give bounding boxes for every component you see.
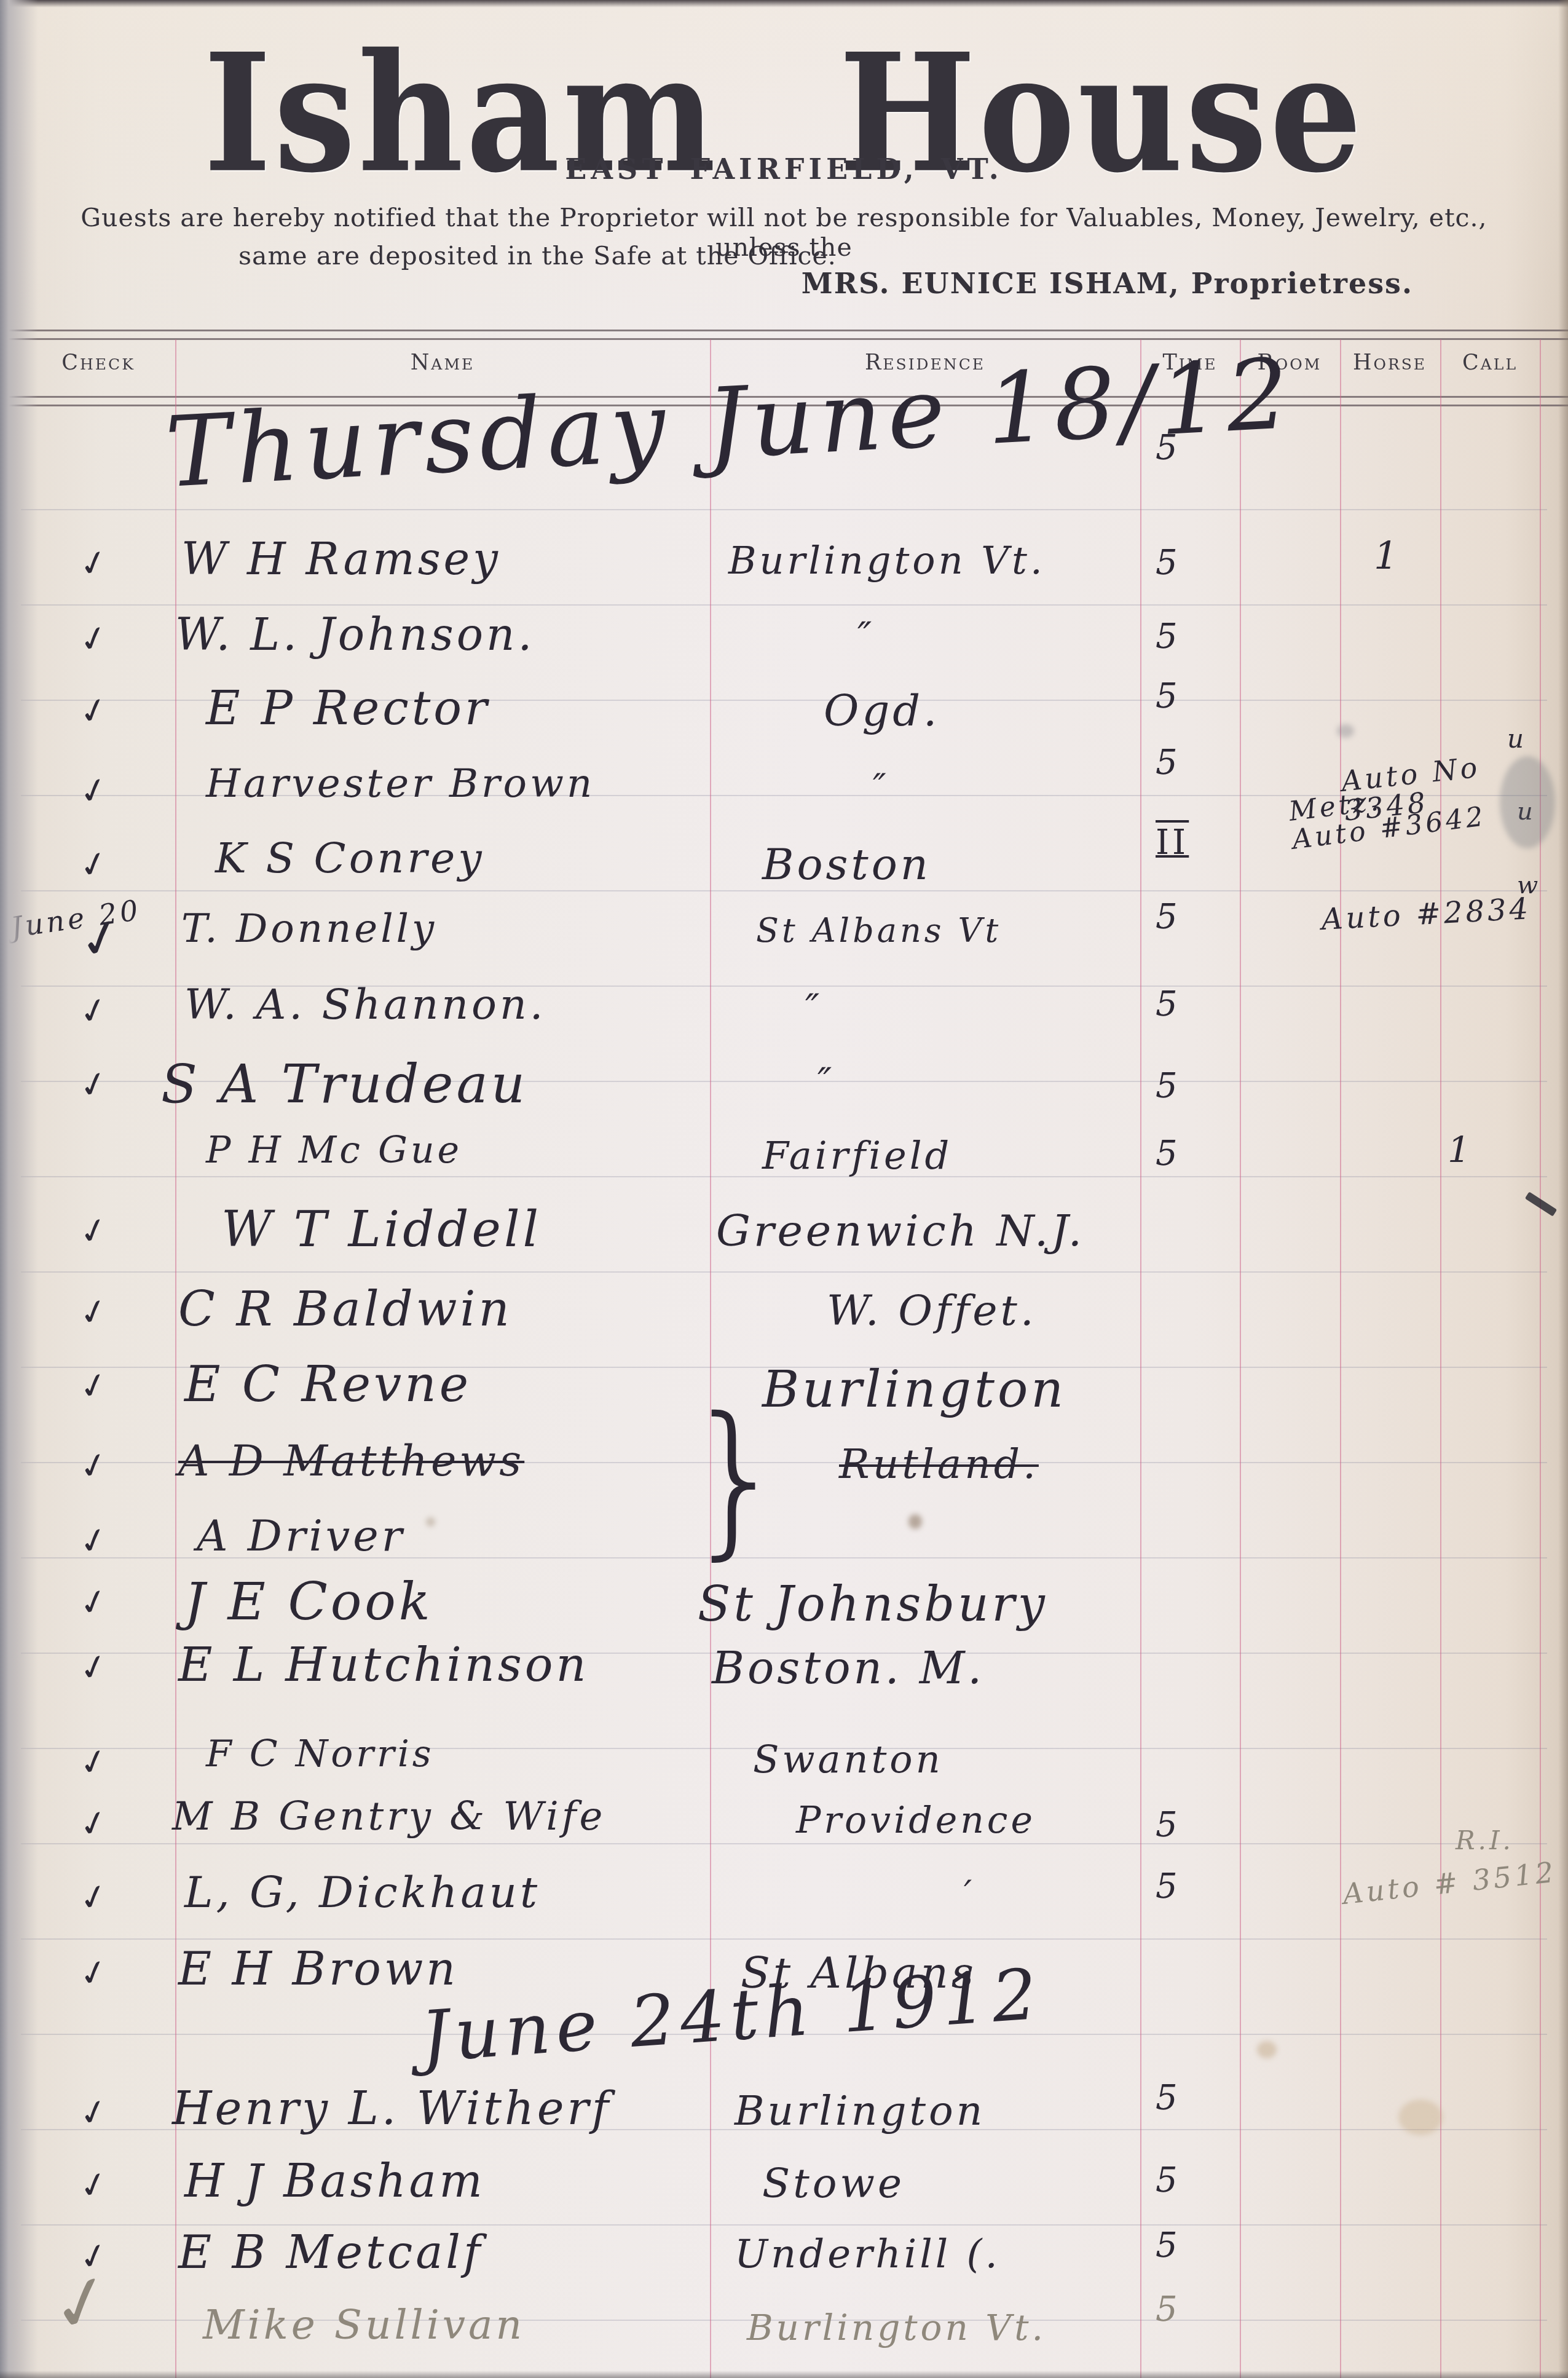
guest-residence: Burlington <box>735 2090 985 2133</box>
group-brace: } <box>684 1392 792 1565</box>
time-entry: 5 <box>1156 899 1181 935</box>
stain-spot <box>1337 724 1354 738</box>
time-entry: 5 <box>1156 1869 1181 1905</box>
guest-residence: Rutland. <box>839 1444 1039 1486</box>
guest-name: Harvester Brown <box>206 764 595 805</box>
guest-residence: ″ <box>817 1062 835 1102</box>
guest-residence: Burlington Vt. <box>747 2309 1046 2346</box>
horse-auto-entry: 1 <box>1448 1131 1473 1168</box>
column-rule <box>710 339 711 2378</box>
guest-residence: Ogd. <box>824 689 940 733</box>
time-entry: 5 <box>1156 619 1181 655</box>
guest-name: Mike Sullivan <box>203 2304 525 2347</box>
scan-edge-top <box>0 0 1568 7</box>
guest-name: W. A. Shannon. <box>184 984 546 1027</box>
time-entry: 5 <box>1156 987 1181 1022</box>
time-entry: 5 <box>1156 1136 1181 1172</box>
hotel-location: EAST FAIRFIELD, VT. <box>0 152 1568 186</box>
stain-spot <box>1398 2100 1443 2135</box>
guest-name: Henry L. Witherf <box>172 2085 612 2133</box>
guest-residence: ″ <box>873 768 889 805</box>
guest-residence: Burlington <box>762 1364 1066 1416</box>
guest-residence: Stowe <box>762 2163 905 2205</box>
guest-name: E L Hutchinson <box>178 1640 589 1689</box>
guest-residence: Underhill (. <box>735 2234 1001 2275</box>
column-rule <box>1540 339 1541 2378</box>
guest-name: K S Conrey <box>215 837 485 881</box>
guest-residence: ″ <box>805 989 822 1028</box>
guest-residence: Greenwich N.J. <box>716 1209 1085 1254</box>
hotel-register-page: Isham House EAST FAIRFIELD, VT. Guests a… <box>0 0 1568 2378</box>
call-entry: R.I. <box>1456 1827 1514 1854</box>
column-header-name: Name <box>350 350 535 375</box>
horse-auto-entry: 1 <box>1374 536 1401 575</box>
guest-name: C R Baldwin <box>178 1285 513 1335</box>
guest-name: J E Cook <box>184 1575 433 1629</box>
time-entry: 5 <box>1156 2292 1181 2328</box>
guest-name: E C Revne <box>184 1359 471 1410</box>
stain-spot <box>426 1517 435 1527</box>
guest-residence: Burlington Vt. <box>728 541 1046 580</box>
scan-edge-bottom <box>0 2371 1568 2378</box>
time-entry: 5 <box>1156 745 1181 781</box>
proprietress-line: MRS. EUNICE ISHAM, Proprietress. <box>802 267 1413 300</box>
guest-residence: Swanton <box>753 1740 944 1779</box>
time-entry: 5 <box>1156 1807 1181 1843</box>
time-entry: 5 <box>1156 2080 1181 2116</box>
scan-edge-left <box>0 0 38 2378</box>
guest-residence: Boston. M. <box>712 1645 985 1691</box>
guest-name: T. Donnelly <box>181 909 437 950</box>
column-rule <box>1140 339 1141 2378</box>
time-entry: 5 <box>1156 2228 1181 2264</box>
guest-residence: Boston <box>762 842 931 887</box>
stain-spot <box>1257 2041 1277 2058</box>
day-heading: Thursday June 18/12 <box>163 344 1296 504</box>
time-entry: II <box>1156 825 1189 861</box>
guest-name: E H Brown <box>178 1946 459 1993</box>
guest-residence: W. Offet. <box>827 1290 1037 1333</box>
column-rule <box>1240 339 1241 2378</box>
guest-name: E P Rector <box>206 684 490 732</box>
guest-name: L, G, Dickhaut <box>184 1870 540 1915</box>
guest-name: S A Trudeau <box>161 1057 528 1112</box>
time-entry: 5 <box>1156 679 1181 714</box>
stain-spot <box>908 1514 922 1529</box>
column-rule <box>1340 339 1341 2378</box>
column-rule <box>1440 339 1441 2378</box>
time-entry: 5 <box>1156 430 1181 466</box>
guest-name: A D Matthews <box>178 1439 524 1483</box>
guest-name: H J Basham <box>184 2158 486 2205</box>
guest-name: M B Gentry & Wife <box>172 1796 605 1838</box>
time-entry: 5 <box>1156 545 1181 581</box>
guest-name: E B Metcalf <box>178 2229 483 2277</box>
guest-residence: ′ <box>964 1875 975 1912</box>
scan-edge-right <box>1558 0 1568 2378</box>
header-top-rule <box>0 330 1568 340</box>
graphite-smudge <box>1500 756 1555 848</box>
guest-name: W. L. Johnson. <box>175 612 535 658</box>
guest-residence: St Albans Vt <box>756 914 1001 948</box>
guest-residence: Providence <box>796 1801 1036 1839</box>
time-entry: 5 <box>1156 1069 1181 1104</box>
notice-line-2: same are deposited in the Safe at the Of… <box>238 241 837 271</box>
guest-name: W T Liddell <box>221 1204 542 1255</box>
guest-residence: Fairfield <box>762 1136 952 1175</box>
call-entry: u <box>1507 725 1527 753</box>
guest-residence: St Johnsbury <box>698 1580 1048 1630</box>
guest-name: P H Mc Gue <box>206 1131 462 1169</box>
time-entry: 5 <box>1156 2163 1181 2198</box>
call-entry: w <box>1517 873 1541 899</box>
guest-name: A Driver <box>197 1514 405 1558</box>
guest-name: W H Ramsey <box>181 536 501 582</box>
guest-residence: ″ <box>857 617 875 656</box>
column-header-call: Call <box>1398 350 1568 375</box>
guest-name: F C Norris <box>206 1735 435 1773</box>
